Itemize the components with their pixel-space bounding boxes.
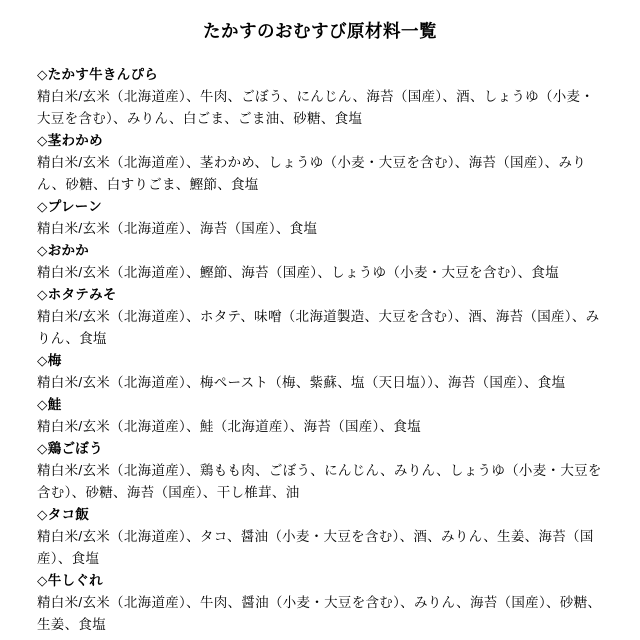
ingredients-text: 精白米/玄米（北海道産）、牛肉、ごぼう、にんじん、海苔（国産）、酒、しょうゆ（小… bbox=[37, 86, 603, 130]
onigiri-name: ホタテみそ bbox=[48, 287, 117, 302]
onigiri-name: おかか bbox=[48, 243, 89, 258]
onigiri-name-heading: ◇鶏ごぼう bbox=[37, 438, 603, 460]
onigiri-name: たかす牛きんぴら bbox=[48, 67, 158, 82]
onigiri-name-heading: ◇茎わかめ bbox=[37, 130, 603, 152]
ingredients-text: 精白米/玄米（北海道産）、鮭（北海道産）、海苔（国産）、食塩 bbox=[37, 416, 603, 438]
onigiri-name: プレーン bbox=[48, 199, 102, 214]
ingredients-text: 精白米/玄米（北海道産）、ホタテ、味噌（北海道製造、大豆を含む）、酒、海苔（国産… bbox=[37, 306, 603, 350]
onigiri-section-takasu-gyu-kinpira: ◇たかす牛きんぴら 精白米/玄米（北海道産）、牛肉、ごぼう、にんじん、海苔（国産… bbox=[37, 64, 603, 130]
onigiri-section-okaka: ◇おかか 精白米/玄米（北海道産）、鰹節、海苔（国産）、しょうゆ（小麦・大豆を含… bbox=[37, 240, 603, 284]
onigiri-name-heading: ◇鮭 bbox=[37, 394, 603, 416]
onigiri-name-heading: ◇タコ飯 bbox=[37, 504, 603, 526]
onigiri-name: 鮭 bbox=[48, 397, 62, 412]
onigiri-section-kuki-wakame: ◇茎わかめ 精白米/玄米（北海道産）、茎わかめ、しょうゆ（小麦・大豆を含む）、海… bbox=[37, 130, 603, 196]
page-title: たかすのおむすび原材料一覧 bbox=[0, 20, 640, 42]
diamond-icon: ◇ bbox=[37, 133, 48, 148]
diamond-icon: ◇ bbox=[37, 243, 48, 258]
ingredients-text: 精白米/玄米（北海道産）、梅ペースト（梅、紫蘇、塩（天日塩））、海苔（国産）、食… bbox=[37, 372, 603, 394]
onigiri-name-heading: ◇梅 bbox=[37, 350, 603, 372]
onigiri-name: 茎わかめ bbox=[48, 133, 103, 148]
diamond-icon: ◇ bbox=[37, 199, 48, 214]
onigiri-name-heading: ◇プレーン bbox=[37, 196, 603, 218]
ingredient-list: ◇たかす牛きんぴら 精白米/玄米（北海道産）、牛肉、ごぼう、にんじん、海苔（国産… bbox=[37, 64, 603, 636]
ingredients-text: 精白米/玄米（北海道産）、タコ、醤油（小麦・大豆を含む）、酒、みりん、生姜、海苔… bbox=[37, 526, 603, 570]
onigiri-name: 梅 bbox=[48, 353, 62, 368]
onigiri-name-heading: ◇たかす牛きんぴら bbox=[37, 64, 603, 86]
document-page: たかすのおむすび原材料一覧 ◇たかす牛きんぴら 精白米/玄米（北海道産）、牛肉、… bbox=[0, 0, 640, 640]
ingredients-text: 精白米/玄米（北海道産）、牛肉、醤油（小麦・大豆を含む）、みりん、海苔（国産）、… bbox=[37, 592, 603, 636]
diamond-icon: ◇ bbox=[37, 287, 48, 302]
ingredients-text: 精白米/玄米（北海道産）、茎わかめ、しょうゆ（小麦・大豆を含む）、海苔（国産）、… bbox=[37, 152, 603, 196]
onigiri-section-plain: ◇プレーン 精白米/玄米（北海道産）、海苔（国産）、食塩 bbox=[37, 196, 603, 240]
onigiri-name-heading: ◇ホタテみそ bbox=[37, 284, 603, 306]
onigiri-section-tori-gobo: ◇鶏ごぼう 精白米/玄米（北海道産）、鶏もも肉、ごぼう、にんじん、みりん、しょう… bbox=[37, 438, 603, 504]
onigiri-name-heading: ◇牛しぐれ bbox=[37, 570, 603, 592]
onigiri-section-tako-meshi: ◇タコ飯 精白米/玄米（北海道産）、タコ、醤油（小麦・大豆を含む）、酒、みりん、… bbox=[37, 504, 603, 570]
ingredients-text: 精白米/玄米（北海道産）、鰹節、海苔（国産）、しょうゆ（小麦・大豆を含む）、食塩 bbox=[37, 262, 603, 284]
onigiri-section-ume: ◇梅 精白米/玄米（北海道産）、梅ペースト（梅、紫蘇、塩（天日塩））、海苔（国産… bbox=[37, 350, 603, 394]
onigiri-name: 牛しぐれ bbox=[48, 573, 103, 588]
onigiri-name: 鶏ごぼう bbox=[48, 441, 103, 456]
onigiri-section-sake: ◇鮭 精白米/玄米（北海道産）、鮭（北海道産）、海苔（国産）、食塩 bbox=[37, 394, 603, 438]
onigiri-section-gyu-shigure: ◇牛しぐれ 精白米/玄米（北海道産）、牛肉、醤油（小麦・大豆を含む）、みりん、海… bbox=[37, 570, 603, 636]
onigiri-section-hotate-miso: ◇ホタテみそ 精白米/玄米（北海道産）、ホタテ、味噌（北海道製造、大豆を含む）、… bbox=[37, 284, 603, 350]
onigiri-name: タコ飯 bbox=[48, 507, 89, 522]
diamond-icon: ◇ bbox=[37, 397, 48, 412]
diamond-icon: ◇ bbox=[37, 573, 48, 588]
ingredients-text: 精白米/玄米（北海道産）、鶏もも肉、ごぼう、にんじん、みりん、しょうゆ（小麦・大… bbox=[37, 460, 603, 504]
onigiri-name-heading: ◇おかか bbox=[37, 240, 603, 262]
diamond-icon: ◇ bbox=[37, 67, 48, 82]
ingredients-text: 精白米/玄米（北海道産）、海苔（国産）、食塩 bbox=[37, 218, 603, 240]
diamond-icon: ◇ bbox=[37, 353, 48, 368]
diamond-icon: ◇ bbox=[37, 507, 48, 522]
diamond-icon: ◇ bbox=[37, 441, 48, 456]
